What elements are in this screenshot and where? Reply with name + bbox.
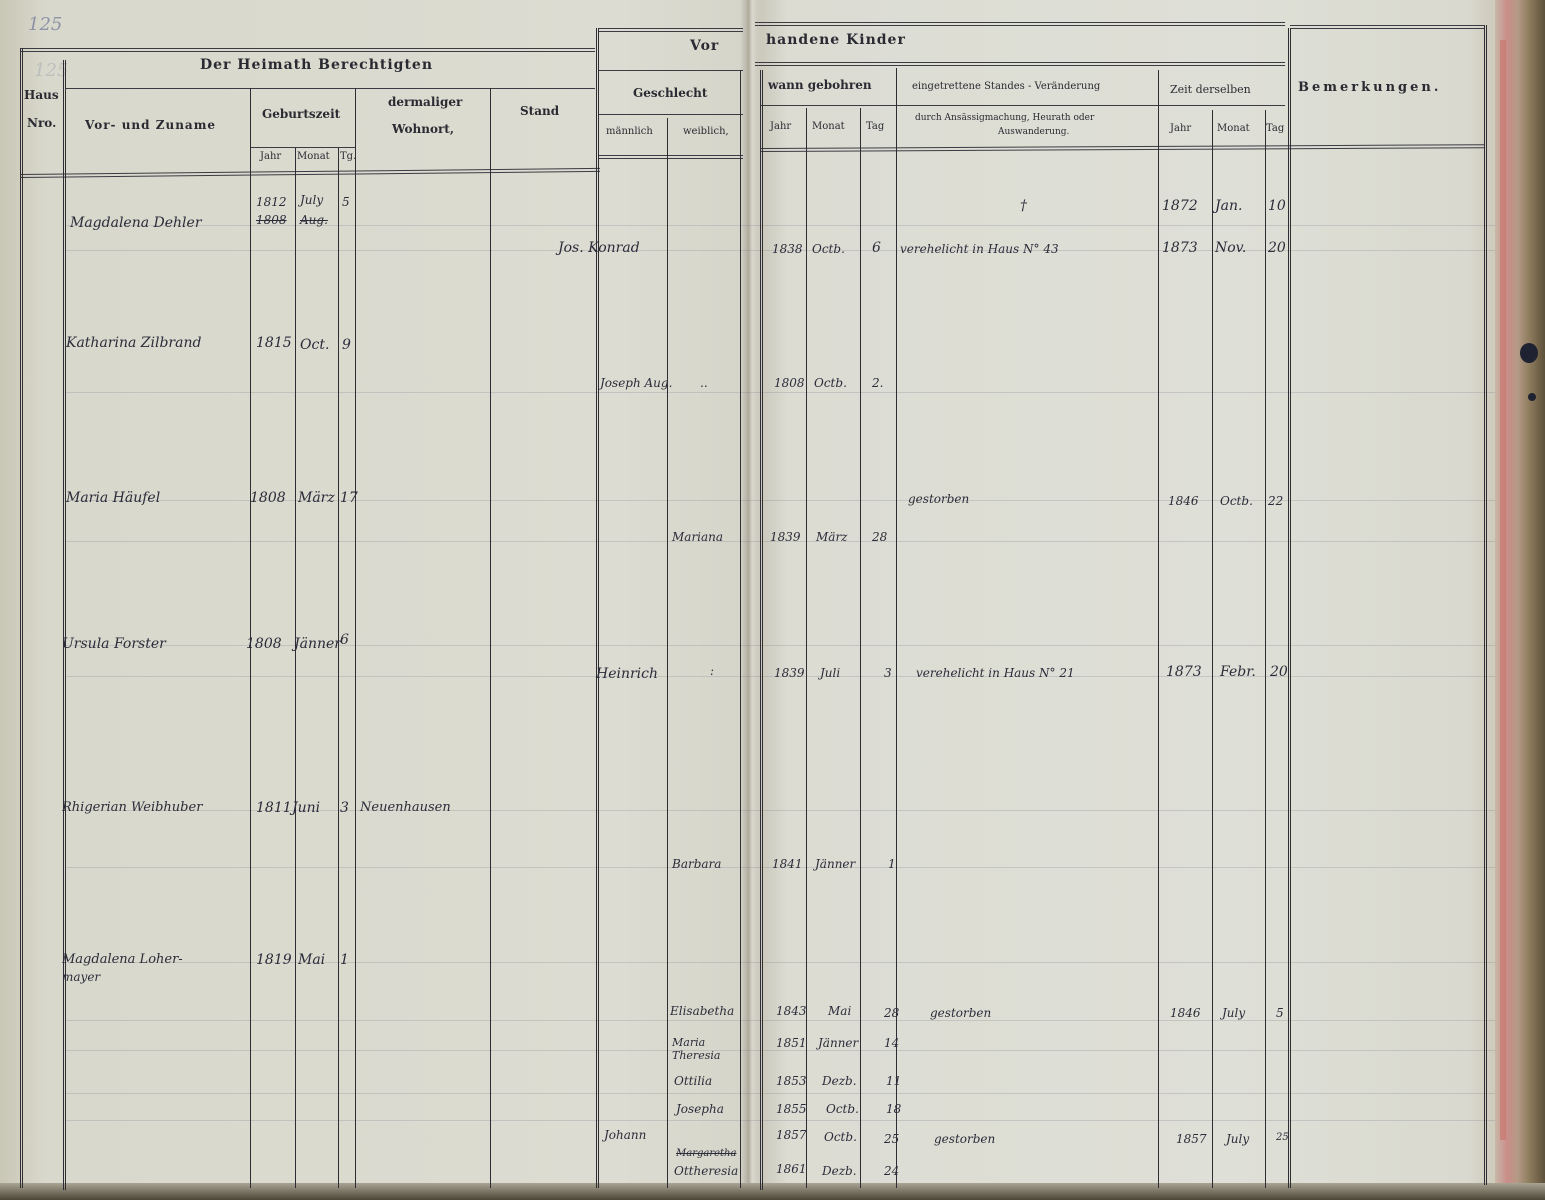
child-birth-month: Dezb. [822,1164,857,1178]
child-birth-year: 1843 [776,1004,807,1018]
child-birth-month: Octb. [812,242,845,256]
child-status-change: gestorben [934,1132,995,1146]
child-birth-day: 11 [886,1074,901,1088]
header-bottom-rule [20,168,600,178]
child-female-name: Barbara [672,857,721,871]
entry-birth-year: 1815 [256,335,292,351]
child-change-month: Nov. [1215,240,1246,256]
child-change-month: Octb. [1220,494,1253,508]
entry-name-line-2: mayer [62,970,100,984]
header-top-rule [20,48,595,52]
col-header-jahr: Jahr [260,151,281,162]
child-change-year: 1857 [1176,1132,1207,1146]
entry-birth-month: Juni [292,800,320,816]
entry-name: Ursula Forster [62,636,166,652]
entry-name: Magdalena Dehler [70,215,202,231]
entry-birth-month: Mai [298,952,325,968]
child-birth-day: 1 [888,857,896,871]
child-change-month: Febr. [1220,664,1256,680]
col-header-zeit-tag: Tag [1266,123,1284,134]
col-header-wohnort-1: dermaliger [388,95,462,109]
child-status-change: gestorben [908,492,969,506]
col-header-veraenderung-sub-2: Auswanderung. [998,127,1069,137]
entry-birth-day: 6 [340,632,349,648]
entry-name-line-1: Magdalena Loher- [62,952,183,967]
page-number: 125 [28,14,62,35]
entry-residence: Neuenhausen [360,800,451,815]
col-header-zeit-jahr: Jahr [1170,123,1191,134]
child-change-year: 1873 [1166,664,1202,680]
entry-birth-year-struck: 1808 [256,213,287,227]
ink-blot [1528,393,1536,401]
child-birth-month: Dezb. [822,1074,857,1088]
child-change-year: 1846 [1170,1006,1201,1020]
child-birth-day: 3 [884,666,892,680]
child-change-year: 1872 [1162,198,1198,214]
child-female-name: Elisabetha [670,1004,734,1018]
col-header-stand: Stand [520,104,559,118]
child-birth-month: Juli [820,666,840,680]
entry-birth-month: März [298,490,335,506]
child-birth-year: 1838 [772,242,803,256]
entry-birth-day: 17 [340,490,358,506]
child-birth-year: 1861 [776,1162,807,1176]
col-header-weiblich: weiblich, [683,126,729,137]
child-birth-year: 1855 [776,1102,807,1116]
col-rule [63,60,66,1190]
col-header-child-tag: Tag [866,121,884,132]
col-header-zeit-monat: Monat [1217,123,1250,134]
header-sub-rule [65,88,595,89]
col-header-nro: Nro. [27,116,56,130]
entry-birth-year: 1808 [250,490,286,506]
child-change-day: 5 [1276,1006,1284,1020]
child-status-change: verehelicht in Haus N° 21 [916,666,1075,680]
child-birth-year: 1808 [774,376,805,390]
child-change-month: July [1222,1006,1245,1020]
red-page-edge [1500,40,1506,1140]
child-male-name: Heinrich [596,666,658,682]
col-header-child-jahr: Jahr [770,121,791,132]
col-header-bemerkungen: Bemerkungen. [1298,80,1441,95]
child-female-mark: .. [700,376,708,390]
child-change-month: Jan. [1215,198,1242,214]
col-header-veraenderung-sub-1: durch Ansässigmachung, Heurath oder [915,113,1094,123]
child-change-year: 1846 [1168,494,1199,508]
child-birth-day: 28 [884,1006,899,1020]
child-change-day: 25 [1276,1132,1289,1143]
title-fragment-vor: Vor [690,38,719,54]
col-header-geschlecht: Geschlecht [633,86,707,100]
col-header-monat: Monat [297,151,330,162]
entry-birth-year: 1812 [256,195,287,209]
child-birth-day: 24 [884,1164,899,1178]
child-birth-month: Octb. [814,376,847,390]
entry-birth-day: 3 [340,800,349,816]
entry-birth-year: 1819 [256,952,292,968]
left-page-border [20,48,23,1188]
child-change-day: 20 [1270,664,1288,680]
child-birth-year: 1857 [776,1128,807,1142]
child-birth-year: 1841 [772,857,803,871]
col-header-zeit-derselben: Zeit derselben [1170,83,1251,96]
entry-birth-year: 1808 [246,636,282,652]
child-female-name: Mariana [672,530,723,544]
child-birth-month: Jänner [815,857,855,871]
right-page-border [1484,25,1487,1185]
child-birth-year: 1851 [776,1036,807,1050]
child-birth-day: 6 [872,240,881,256]
child-birth-month: März [816,530,848,544]
child-change-year: 1873 [1162,240,1198,256]
ink-blot [1520,343,1538,363]
child-female-mark: : [710,664,714,678]
child-female-name: Ottilia [674,1074,712,1088]
entry-name: Maria Häufel [66,490,160,506]
col-header-veraenderung: eingetrettene Standes - Veränderung [912,81,1100,92]
col-header-tag: Tg. [340,151,356,162]
child-female-name: Ottheresia [674,1164,738,1178]
child-status-change: gestorben [930,1006,991,1020]
entry-birth-year: 1811 [256,800,292,816]
col-header-maennlich: männlich [606,126,653,137]
child-birth-day: 14 [884,1036,899,1050]
entry-birth-month-struck: Aug. [300,213,328,227]
child-change-month: July [1226,1132,1249,1146]
book-bottom-edge [0,1183,1545,1200]
col-header-wann-gebohren: wann gebohren [768,78,872,92]
entry-birth-month: July [300,193,323,207]
entry-name: Rhigerian Weibhuber [62,800,202,815]
entry-name: Katharina Zilbrand [66,335,201,351]
child-male-name: Johann [604,1128,646,1142]
child-birth-month: Jänner [818,1036,858,1050]
child-birth-month: Mai [828,1004,851,1018]
child-female-name: Josepha [676,1102,724,1116]
child-change-day: 20 [1268,240,1286,256]
entry-birth-month: Oct. [300,337,329,353]
child-birth-day: 25 [884,1132,899,1146]
child-birth-year: 1839 [770,530,801,544]
col-header-child-monat: Monat [812,121,845,132]
col-header-haus: Haus [24,88,59,102]
child-birth-year: 1839 [774,666,805,680]
child-status-change: verehelicht in Haus N° 43 [900,242,1059,256]
col-header-name: Vor- und Zuname [85,118,216,132]
entry-birth-day: 5 [342,195,350,209]
child-male-name: Jos. Konrad [558,240,640,256]
child-change-day: 22 [1268,494,1283,508]
child-change-day: 10 [1268,198,1286,214]
child-status-change: † [1020,198,1027,214]
entry-birth-month: Jänner [294,636,341,652]
child-birth-month: Octb. [826,1102,859,1116]
right-page-title: handene Kinder [766,32,906,48]
child-female-name: Maria Theresia [672,1036,742,1062]
left-page-title: Der Heimath Berechtigten [200,57,433,73]
child-birth-year: 1853 [776,1074,807,1088]
child-birth-day: 28 [872,530,887,544]
entry-birth-day: 1 [340,952,349,968]
col-header-wohnort-2: Wohnort, [392,122,454,136]
child-birth-day: 18 [886,1102,901,1116]
right-page-inner-border [760,70,763,1190]
entry-birth-day: 9 [342,337,351,353]
register-book: 125 125 Der Heimath Berechtigten Haus Nr… [0,0,1545,1200]
child-birth-day: 2. [872,376,883,390]
col-header-geburtszeit: Geburtszeit [262,107,340,121]
child-female-name-struck: Margaretha [676,1148,736,1159]
child-birth-month: Octb. [824,1130,857,1144]
child-male-name: Joseph Aug. [600,376,672,390]
